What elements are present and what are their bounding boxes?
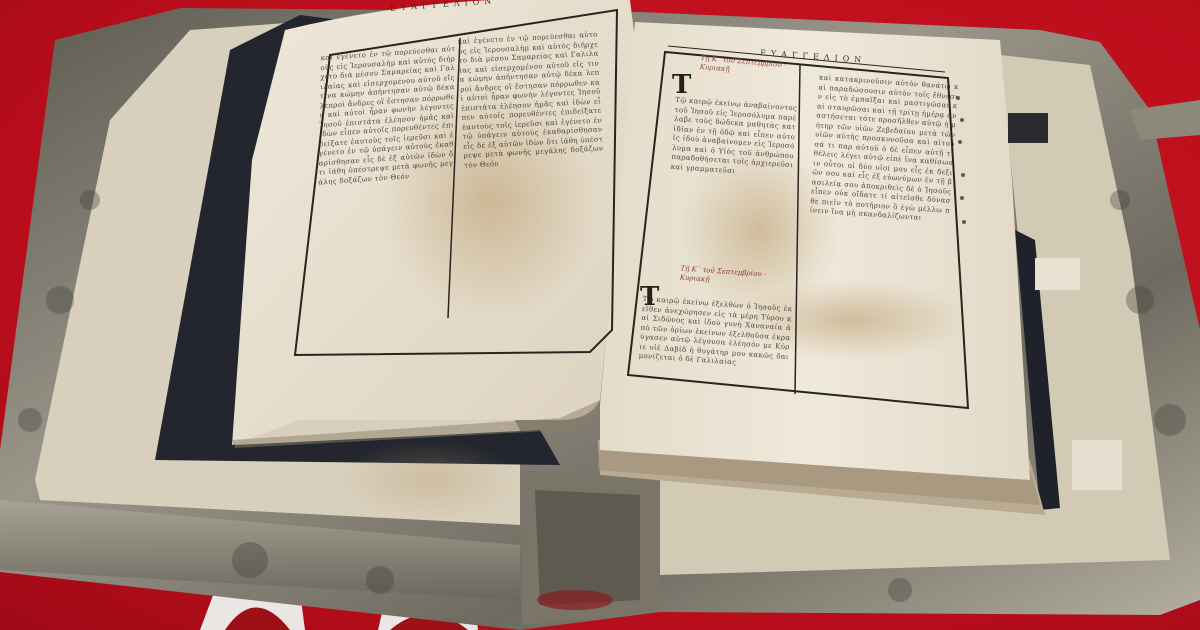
left-page-column-2: καὶ ἐγένετο ἐν τῷ πορεύεσθαι αὐτοὺς εἰς … (458, 31, 613, 328)
right-page-column-left-bottom: Τῷ καιρῷ ἐκείνῳ ἐξελθὼν ὁ Ἰησοῦς ἐκεῖθεν… (637, 295, 792, 385)
right-page-column-right: καὶ κατακρινοῦσιν αὐτὸν θανάτῳ καὶ παραδ… (797, 74, 959, 403)
left-page-column-1: καὶ ἐγένετο ἐν τῷ πορεύεσθαι αὐτοὺς εἰς … (316, 45, 456, 345)
photo-scene: ΕΥΑΓΓΕΛΙΟΝ καὶ ἐγένετο ἐν τῷ πορεύεσθαι … (0, 0, 1200, 630)
right-page-column-left-top: Τῷ καιρῷ ἐκείνῳ ἀναβαίνοντος τοῦ Ἰησοῦ ε… (665, 96, 798, 264)
